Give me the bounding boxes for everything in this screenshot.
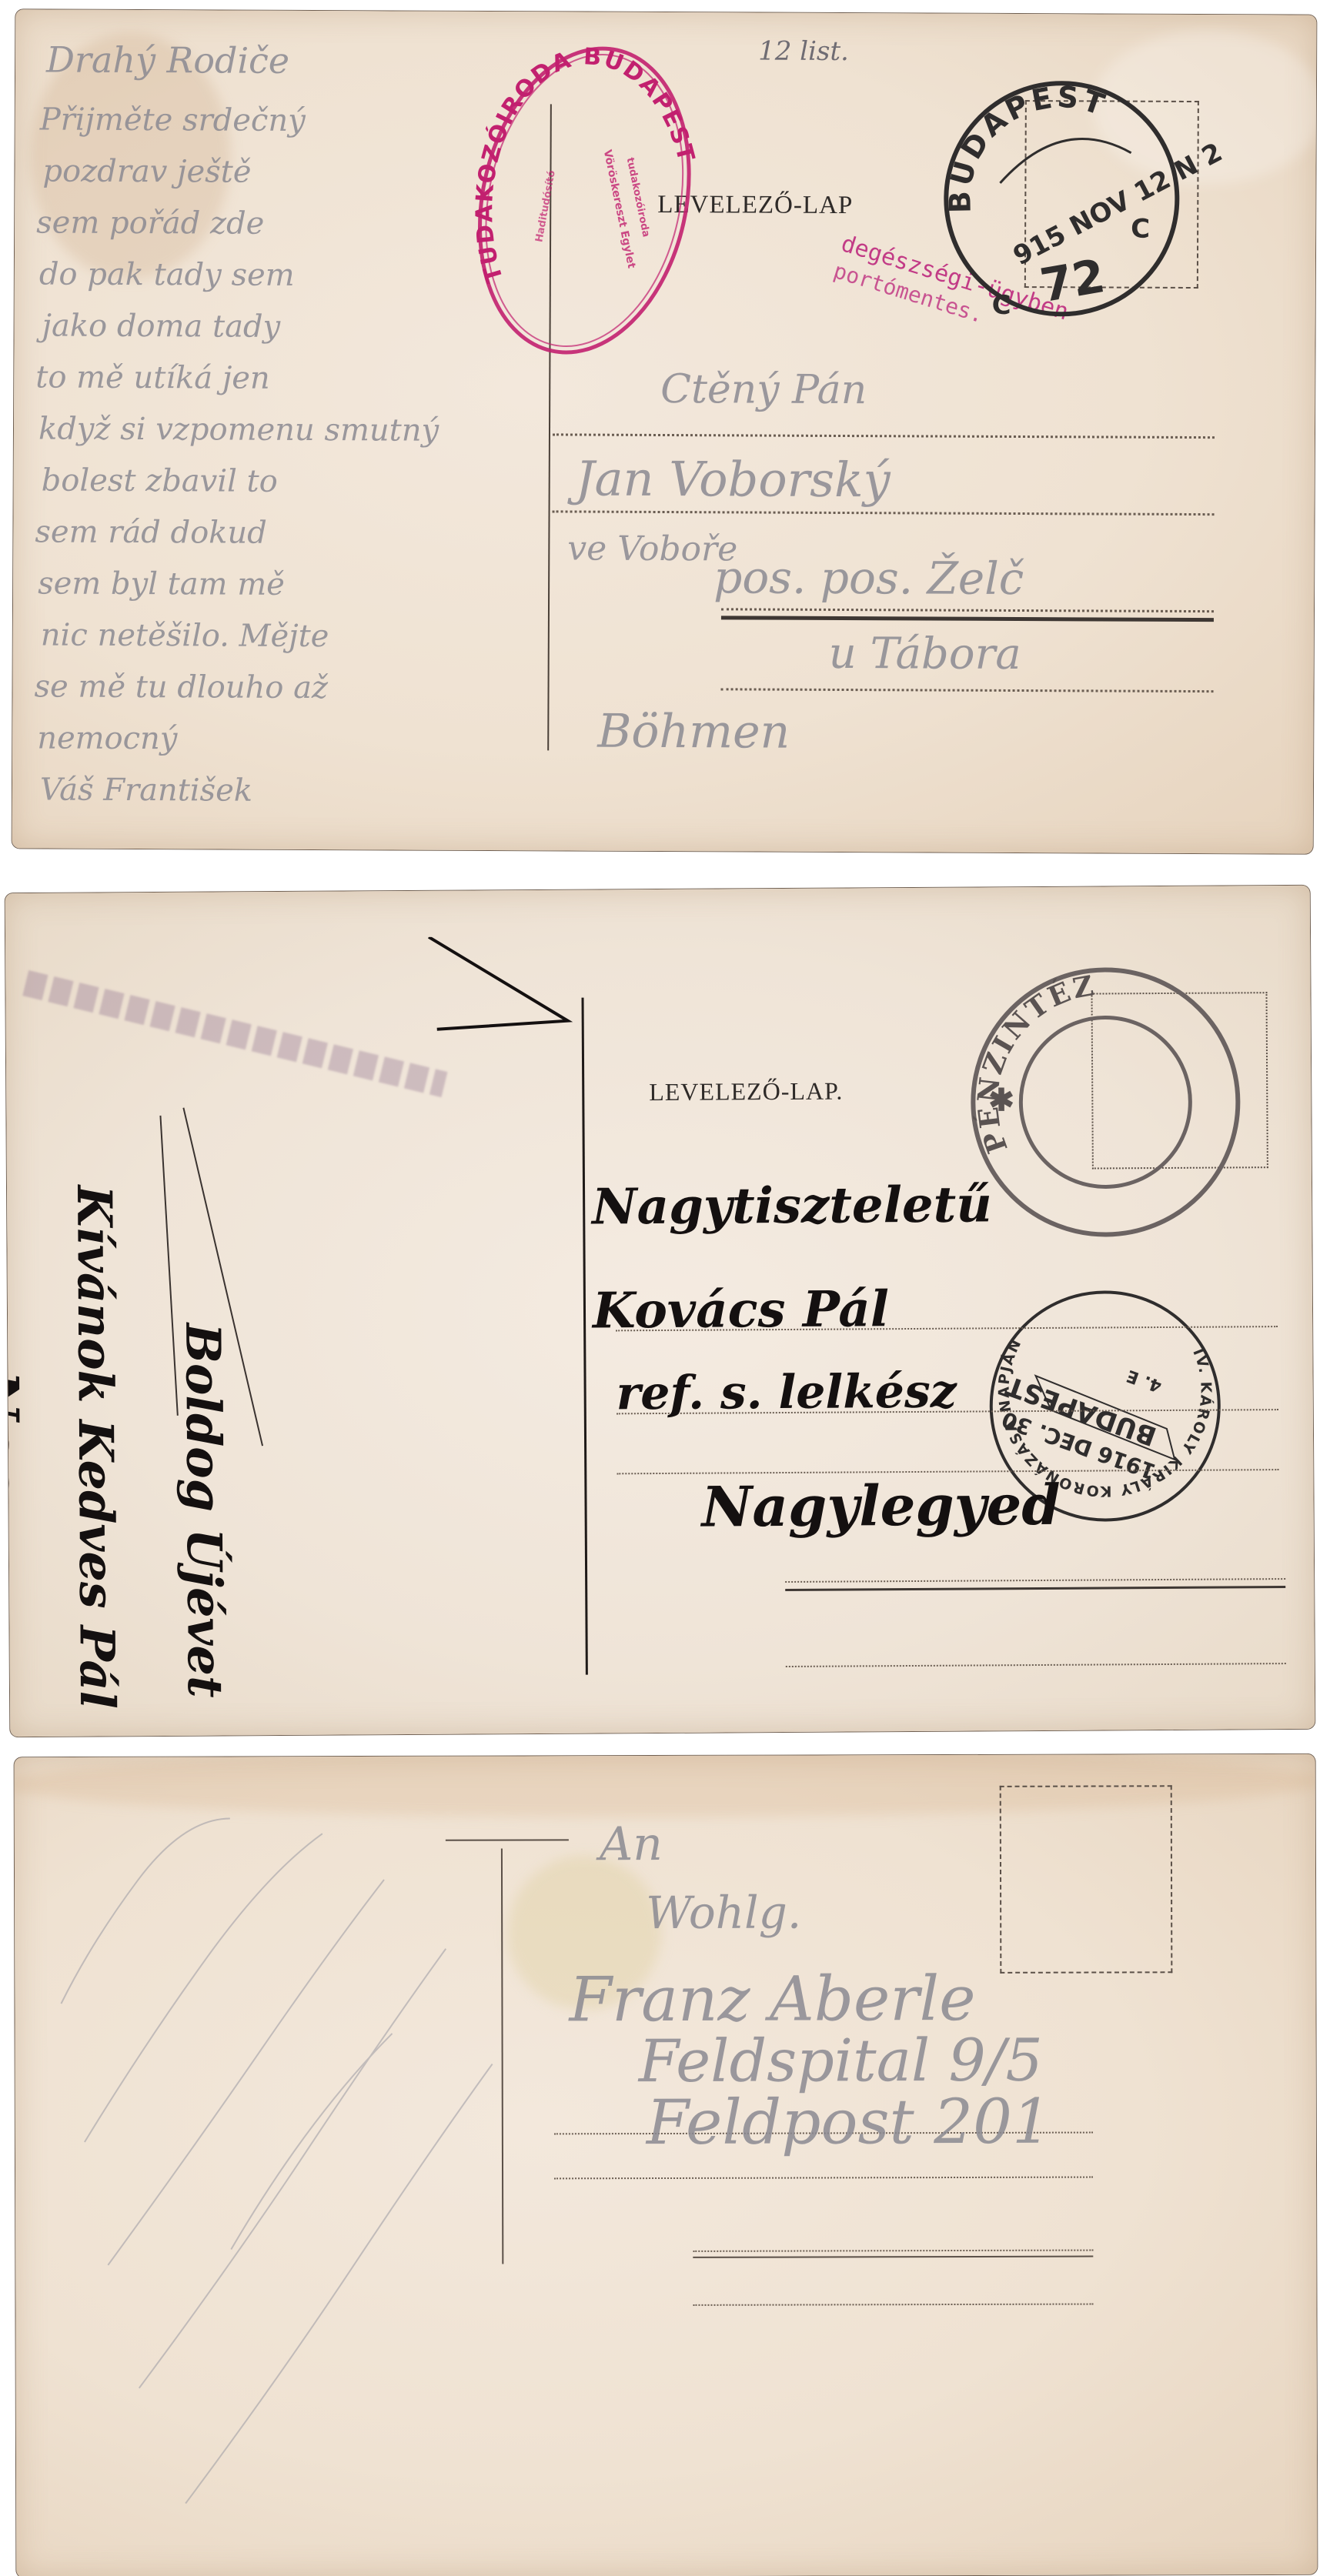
message-line: nemocný xyxy=(37,720,177,756)
message-body: Přijměte srdečnýpozdrav ještěsem pořád z… xyxy=(15,9,1316,15)
greeting-line-3: Nagy xyxy=(5,1370,32,1528)
message-line: sem pořád zde xyxy=(36,205,264,241)
address-line-1 xyxy=(553,433,1215,439)
svg-text:PÉNZINTÉZETEK HADI KÖRLATA: PÉNZINTÉZETEK HADI KÖRLATA xyxy=(944,930,1099,1158)
address-underline xyxy=(693,2256,1093,2258)
message-line: pozdrav ještě xyxy=(42,153,251,189)
svg-text:C: C xyxy=(992,290,1011,321)
bank-war-circle-stamp: PÉNZINTÉZETEK HADI KÖRLATA ✱ xyxy=(958,955,1252,1249)
address-name: Franz Aberle xyxy=(569,1963,975,2035)
address-name: Jan Voborský xyxy=(576,450,891,508)
faint-pencil-message xyxy=(30,1787,510,2543)
address-an: An xyxy=(600,1817,663,1871)
message-line: do pak tady sem xyxy=(39,256,295,292)
red-oval-censor-stamp: TUDAKOZÓIRODA BUDAPEST Vöröskereszt Egyl… xyxy=(472,35,697,366)
address-salutation: Ctěný Pán xyxy=(660,366,867,413)
svg-text:✱: ✱ xyxy=(988,1082,1014,1118)
svg-text:TUDAKOZÓIRODA BUDAPEST: TUDAKOZÓIRODA BUDAPEST xyxy=(471,42,700,286)
svg-text:Haditudósító: Haditudósító xyxy=(533,169,558,243)
address-post-office: pos. pos. Želč xyxy=(713,551,1024,605)
address-line-3 xyxy=(721,608,1214,612)
address-field-hospital: Feldspital 9/5 xyxy=(639,2026,1043,2095)
address-underline xyxy=(785,1586,1285,1591)
address-line-4 xyxy=(785,1578,1285,1583)
message-line: Přijměte srdečný xyxy=(40,102,306,138)
message-line: to mě utíká jen xyxy=(35,359,270,395)
printed-header: LEVELEZŐ-LAP. xyxy=(649,1077,843,1107)
pencil-note: 12 list. xyxy=(758,36,849,68)
svg-text:72: 72 xyxy=(1037,249,1109,313)
address-line-2 xyxy=(553,510,1215,516)
address-village: ve Voboře xyxy=(567,529,737,569)
address-line-4 xyxy=(693,2304,1093,2306)
address-field-post: Feldpost 201 xyxy=(647,2086,1051,2158)
address-honorific: Nagytiszteletű xyxy=(592,1176,992,1236)
message-line: nic netěšilo. Mějte xyxy=(41,617,329,654)
address-line-3 xyxy=(693,2250,1093,2252)
address-country: Böhmen xyxy=(597,705,790,759)
svg-text:4. E: 4. E xyxy=(1125,1366,1165,1396)
message-line: jako doma tady xyxy=(42,308,280,344)
message-line: Váš František xyxy=(40,772,252,808)
message-line: sem byl tam mě xyxy=(38,566,285,602)
message-line: bolest zbavil to xyxy=(42,462,278,499)
stamp-placement-box xyxy=(1000,1785,1173,1974)
address-line-2 xyxy=(554,2177,1093,2180)
postcard-3: An Wohlg. Franz Aberle Feldspital 9/5 Fe… xyxy=(15,1754,1318,2576)
postcard-2: Boldog Újévet Kívánok Kedves Pál Nagy Ap… xyxy=(5,886,1315,1737)
address-town: Nagylegyed xyxy=(701,1472,1061,1540)
message-greeting: Drahý Rodiče xyxy=(46,38,289,81)
address-town: u Tábora xyxy=(829,629,1021,679)
address-line-4 xyxy=(721,688,1214,692)
address-line-5 xyxy=(786,1663,1286,1667)
address-name: Kovács Pál xyxy=(593,1280,889,1340)
message-line: se mě tu dlouho až xyxy=(34,669,328,706)
svg-text:C: C xyxy=(1131,214,1150,245)
address-honorific: Wohlg. xyxy=(646,1887,801,1940)
address-underline xyxy=(721,616,1214,622)
message-line: když si vzpomenu smutný xyxy=(38,411,439,448)
address-title: ref. s. lelkész xyxy=(616,1365,957,1421)
postcard-1: Drahý Rodiče Přijměte srdečnýpozdrav ješ… xyxy=(12,9,1317,853)
svg-text:BUDAPEST: BUDAPEST xyxy=(943,79,1111,214)
message-line: sem rád dokud xyxy=(35,514,267,550)
budapest-postmark: BUDAPEST 915 NOV 12 N 2 72 C C xyxy=(931,68,1193,330)
